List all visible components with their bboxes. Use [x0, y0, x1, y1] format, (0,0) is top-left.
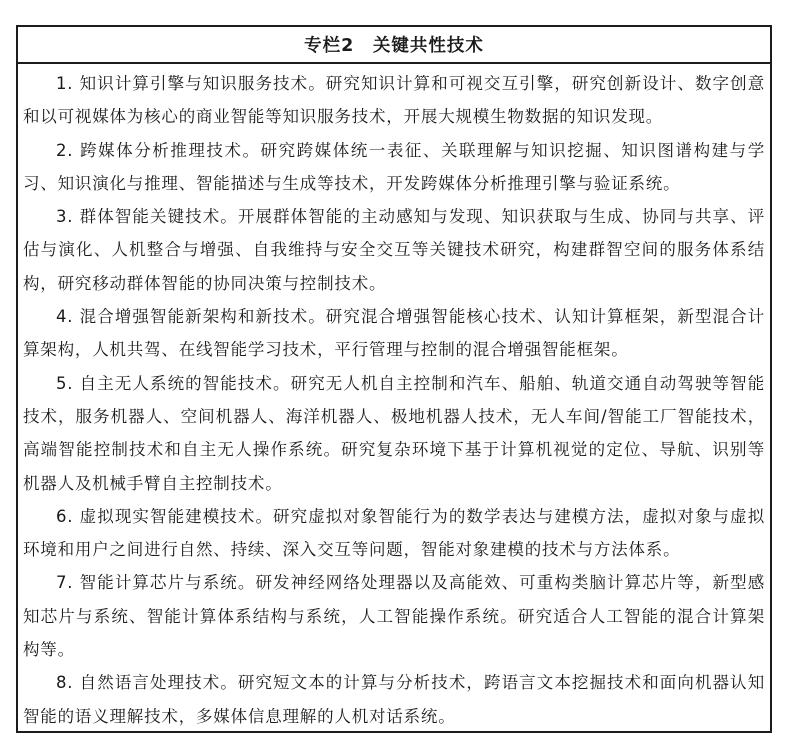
paragraph-2: 2. 跨媒体分析推理技术。研究跨媒体统一表征、关联理解与知识挖掘、知识图谱构建与… — [23, 134, 765, 201]
paragraph-4: 4. 混合增强智能新架构和新技术。研究混合增强智能核心技术、认知计算框架，新型混… — [23, 300, 765, 367]
paragraph-7: 7. 智能计算芯片与系统。研发神经网络处理器以及高能效、可重构类脑计算芯片等，新… — [23, 566, 765, 666]
panel-title-row: 专栏2 关键共性技术 — [18, 27, 770, 64]
panel-body: 1. 知识计算引擎与知识服务技术。研究知识计算和可视交互引擎，研究创新设计、数字… — [18, 64, 770, 733]
document-page: 专栏2 关键共性技术 1. 知识计算引擎与知识服务技术。研究知识计算和可视交互引… — [0, 0, 788, 749]
paragraph-3: 3. 群体智能关键技术。开展群体智能的主动感知与发现、知识获取与生成、协同与共享… — [23, 200, 765, 300]
paragraph-6: 6. 虚拟现实智能建模技术。研究虚拟对象智能行为的数学表达与建模方法，虚拟对象与… — [23, 500, 765, 567]
panel-title: 专栏2 关键共性技术 — [304, 32, 484, 57]
key-technologies-panel: 专栏2 关键共性技术 1. 知识计算引擎与知识服务技术。研究知识计算和可视交互引… — [16, 25, 772, 733]
paragraph-1: 1. 知识计算引擎与知识服务技术。研究知识计算和可视交互引擎，研究创新设计、数字… — [23, 67, 765, 134]
paragraph-5: 5. 自主无人系统的智能技术。研究无人机自主控制和汽车、船舶、轨道交通自动驾驶等… — [23, 367, 765, 500]
paragraph-8: 8. 自然语言处理技术。研究短文本的计算与分析技术，跨语言文本挖掘技术和面向机器… — [23, 666, 765, 733]
